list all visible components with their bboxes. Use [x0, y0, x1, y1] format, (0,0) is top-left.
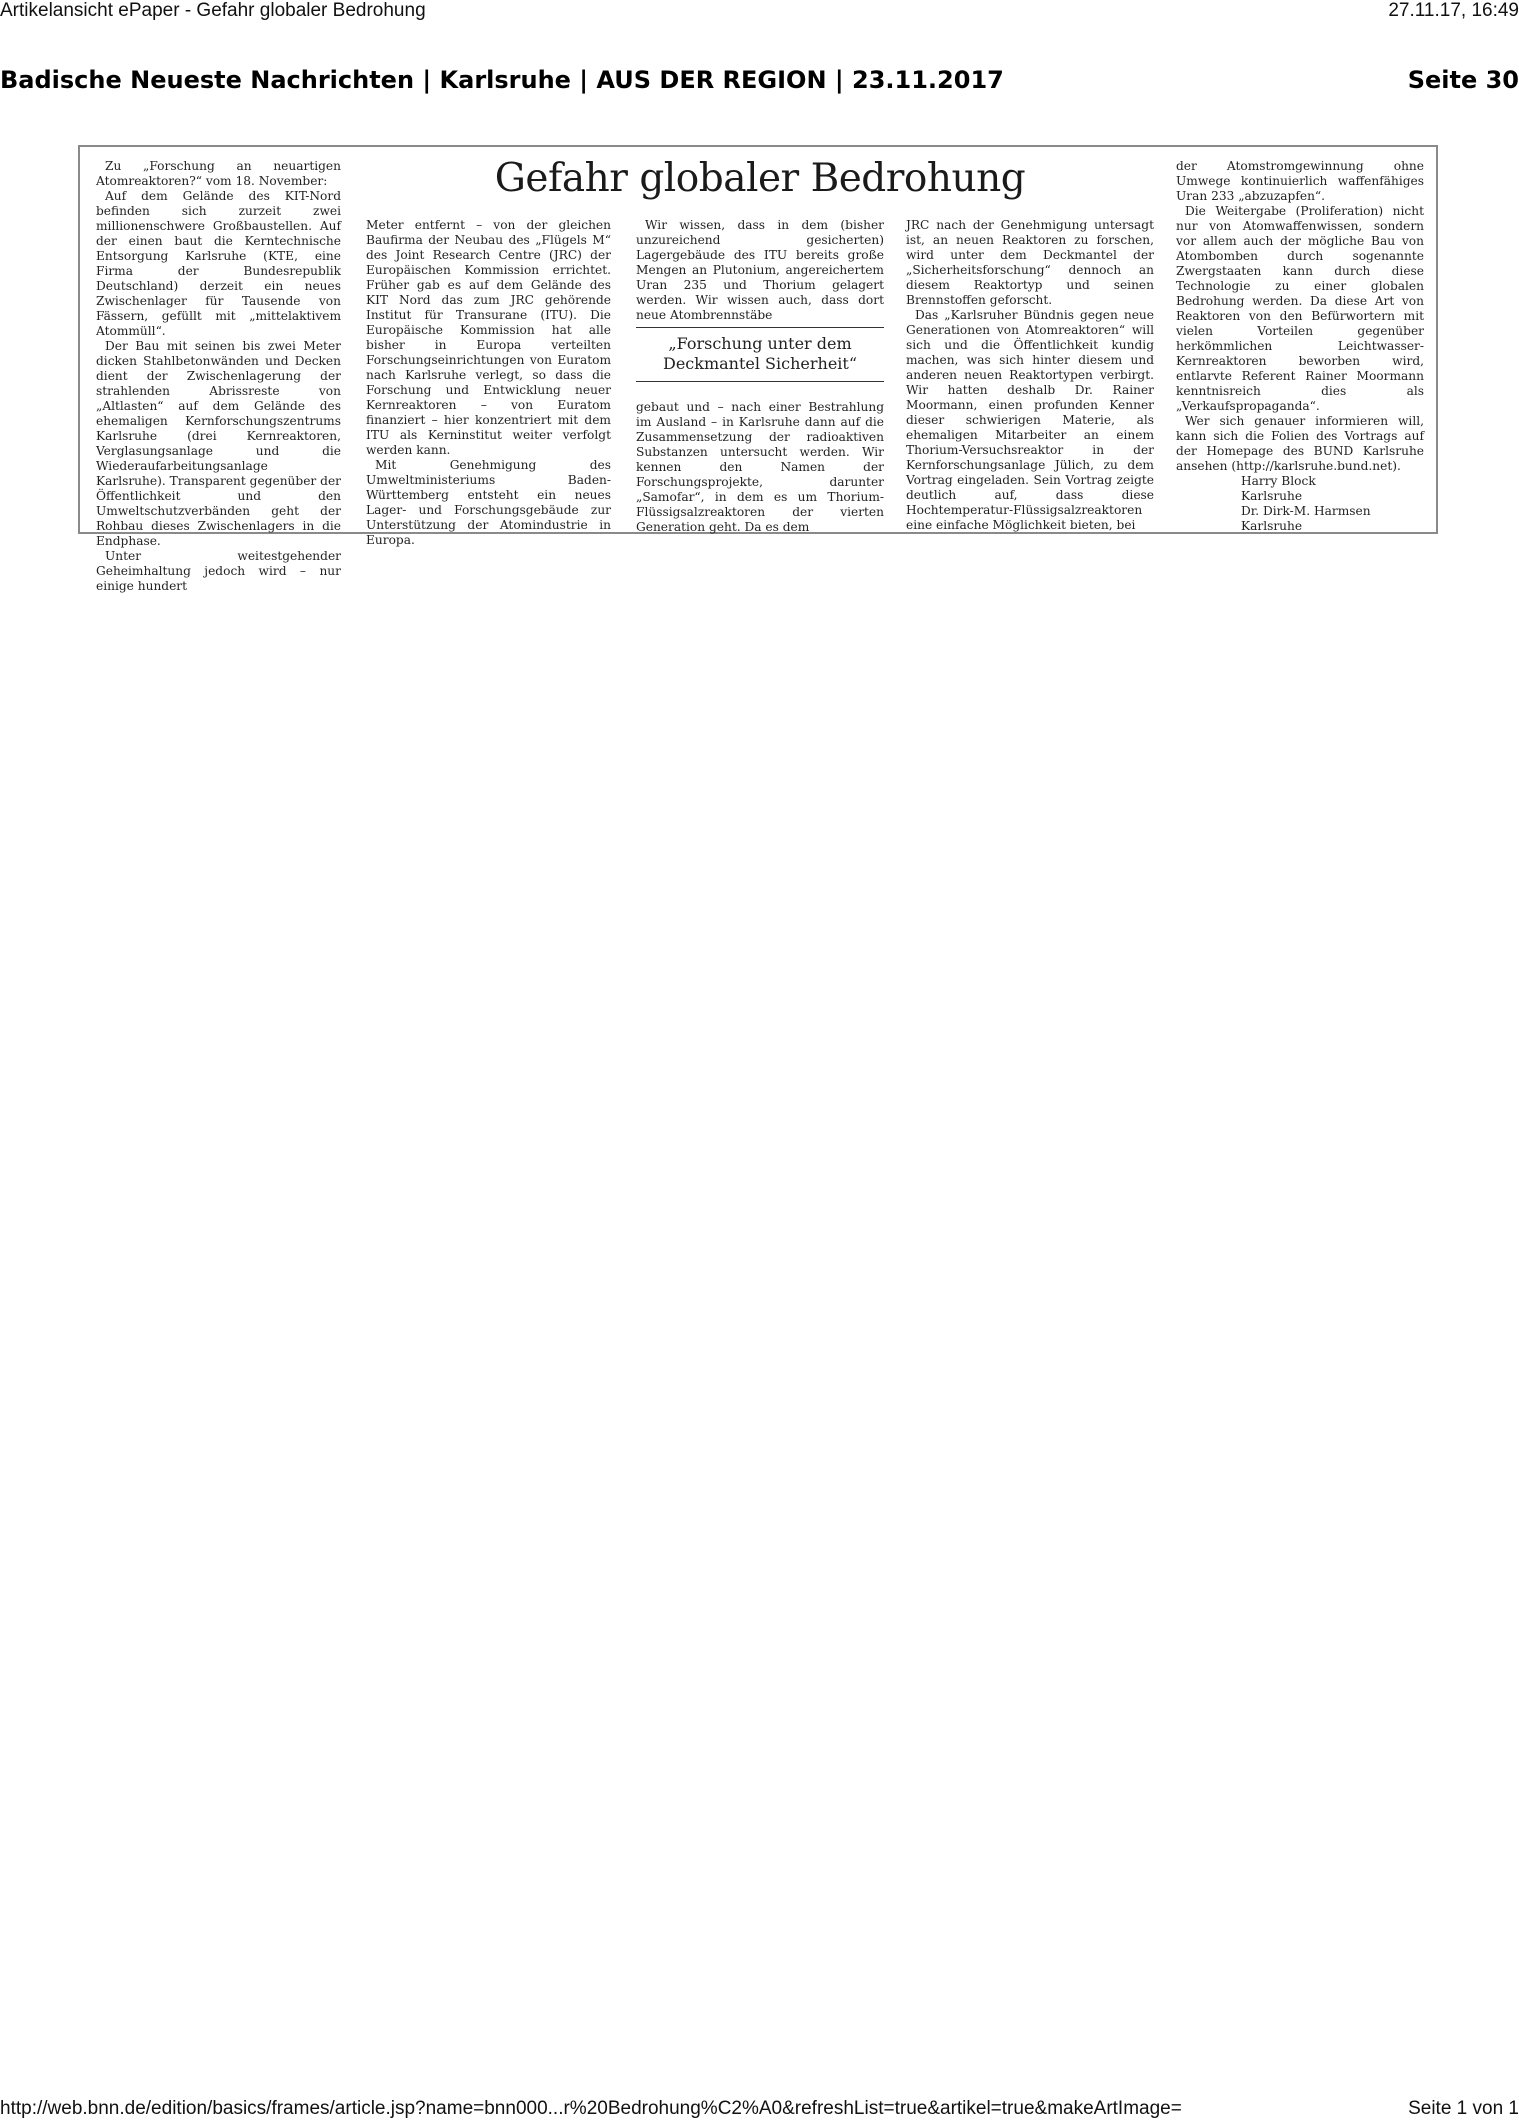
article-paragraph: Wer sich genauer informieren will, kann …	[1176, 414, 1424, 474]
article-column-2: Meter entfernt – von der gleichen Baufir…	[366, 218, 611, 548]
article-paragraph: Wir wissen, dass in dem (bisher unzureic…	[636, 218, 884, 323]
article-pullquote: „Forschung unter dem Deckmantel Sicherhe…	[636, 327, 884, 382]
article-column-5: der Atomstromgewinnung ohne Umwege konti…	[1176, 159, 1424, 534]
print-header-datetime: 27.11.17, 16:49	[1388, 0, 1519, 22]
article-column-3-top: Wir wissen, dass in dem (bisher unzureic…	[636, 218, 884, 323]
article-paragraph-intro: Zu „Forschung an neuartigen Atomreaktore…	[96, 159, 341, 189]
article-headline: Gefahr globaler Bedrohung	[366, 153, 1154, 205]
article-paragraph: Mit Genehmigung des Umweltministeriums B…	[366, 458, 611, 548]
author-name: Dr. Dirk-M. Harmsen	[1241, 504, 1424, 519]
article-paragraph: Die Weitergabe (Proliferation) nicht nur…	[1176, 204, 1424, 414]
print-footer-url: http://web.bnn.de/edition/basics/frames/…	[0, 2098, 1182, 2120]
masthead-page-number: Seite 30	[1408, 64, 1519, 96]
article-paragraph: Unter weitestgehender Geheimhaltung jedo…	[96, 549, 341, 594]
article-column-3-bottom: gebaut und – nach einer Bestrahlung im A…	[636, 400, 884, 535]
author-city: Karlsruhe	[1241, 489, 1424, 504]
article-paragraph: Der Bau mit seinen bis zwei Meter dicken…	[96, 339, 341, 549]
print-header-title: Artikelansicht ePaper - Gefahr globaler …	[0, 0, 426, 22]
masthead: Badische Neueste Nachrichten | Karlsruhe…	[0, 64, 1519, 96]
print-footer-page-count: Seite 1 von 1	[1408, 2098, 1519, 2120]
author-city: Karlsruhe	[1241, 519, 1424, 534]
masthead-source-line: Badische Neueste Nachrichten | Karlsruhe…	[0, 64, 1004, 96]
article-paragraph: Meter entfernt – von der gleichen Baufir…	[366, 218, 611, 458]
article-column-4: JRC nach der Genehmigung untersagt ist, …	[906, 218, 1154, 533]
article-paragraph: Auf dem Gelände des KIT-Nord befinden si…	[96, 189, 341, 339]
article-frame: Gefahr globaler Bedrohung Zu „Forschung …	[78, 145, 1438, 534]
article-paragraph: JRC nach der Genehmigung untersagt ist, …	[906, 218, 1154, 308]
article-paragraph: Das „Karlsruher Bündnis gegen neue Gener…	[906, 308, 1154, 533]
author-name: Harry Block	[1241, 474, 1424, 489]
author-signature: Harry Block Karlsruhe Dr. Dirk-M. Harmse…	[1176, 474, 1424, 534]
article-paragraph: gebaut und – nach einer Bestrahlung im A…	[636, 400, 884, 535]
article-column-1: Zu „Forschung an neuartigen Atomreaktore…	[96, 159, 341, 594]
article-paragraph: der Atomstromgewinnung ohne Umwege konti…	[1176, 159, 1424, 204]
